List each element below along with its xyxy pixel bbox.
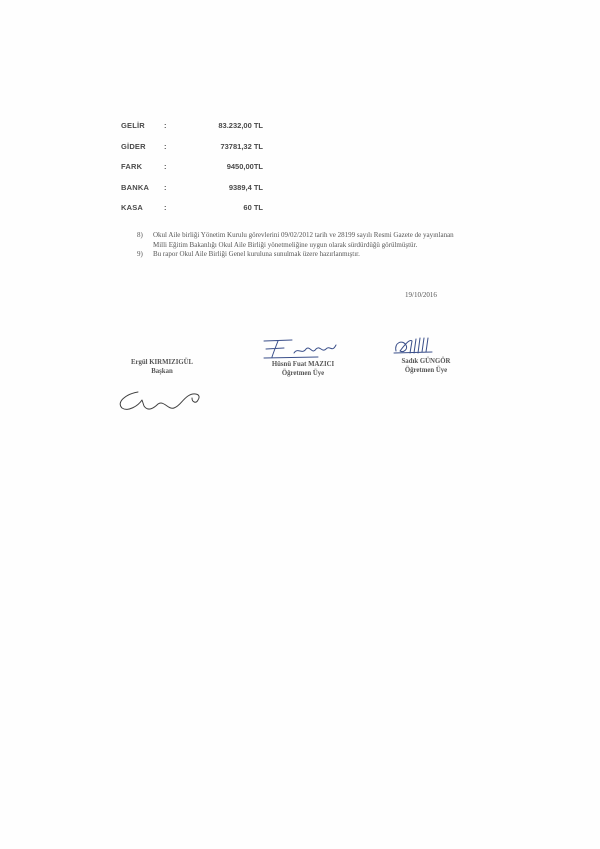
summary-row-expense: GİDER : 73781,32 TL	[121, 142, 271, 163]
summary-value: 60 TL	[243, 203, 263, 212]
signatory-title: Öğretmen Üye	[248, 370, 358, 379]
signatory-name: Hüsnü Fuat MAZICI	[248, 361, 358, 370]
summary-row-income: GELİR : 83.232,00 TL	[121, 121, 271, 142]
summary-label: KASA	[121, 203, 143, 212]
summary-value: 9389,4 TL	[229, 183, 263, 192]
financial-summary: GELİR : 83.232,00 TL GİDER : 73781,32 TL…	[121, 121, 271, 224]
summary-label: BANKA	[121, 183, 149, 192]
item-number: 8)	[137, 231, 143, 241]
signatory-president: Ergül KIRMIZIGÜL Başkan	[112, 359, 212, 376]
signature-scribble-1	[112, 386, 212, 416]
numbered-items: 8) Okul Aile birliği Yönetim Kurulu göre…	[137, 231, 457, 260]
signatory-teacher-member-2: Sadık GÜNGÖR Öğretmen Üye	[376, 358, 476, 375]
signature-scribble-3	[390, 335, 440, 357]
summary-label: GELİR	[121, 121, 145, 130]
item-text: Okul Aile birliği Yönetim Kurulu görevle…	[153, 231, 454, 249]
summary-row-bank: BANKA : 9389,4 TL	[121, 183, 271, 204]
report-date: 19/10/2016	[405, 291, 437, 299]
item-number: 9)	[137, 250, 143, 260]
summary-row-cash: KASA : 60 TL	[121, 203, 271, 224]
summary-label: GİDER	[121, 142, 146, 151]
summary-value: 9450,00TL	[227, 162, 263, 171]
summary-colon: :	[164, 142, 167, 151]
signatory-title: Başkan	[112, 368, 212, 377]
summary-colon: :	[164, 203, 167, 212]
summary-label: FARK	[121, 162, 142, 171]
signatory-title: Öğretmen Üye	[376, 367, 476, 376]
summary-row-difference: FARK : 9450,00TL	[121, 162, 271, 183]
summary-value: 73781,32 TL	[220, 142, 263, 151]
signatory-name: Ergül KIRMIZIGÜL	[112, 359, 212, 368]
summary-value: 83.232,00 TL	[218, 121, 263, 130]
signatory-name: Sadık GÜNGÖR	[376, 358, 476, 367]
summary-colon: :	[164, 183, 167, 192]
signature-scribble-2	[258, 337, 348, 361]
numbered-item: 9) Bu rapor Okul Aile Birliği Genel kuru…	[137, 250, 457, 260]
numbered-item: 8) Okul Aile birliği Yönetim Kurulu göre…	[137, 231, 457, 250]
summary-colon: :	[164, 162, 167, 171]
signatory-teacher-member-1: Hüsnü Fuat MAZICI Öğretmen Üye	[248, 361, 358, 378]
item-text: Bu rapor Okul Aile Birliği Genel kurulun…	[153, 250, 360, 258]
summary-colon: :	[164, 121, 167, 130]
document-page: GELİR : 83.232,00 TL GİDER : 73781,32 TL…	[0, 0, 600, 849]
